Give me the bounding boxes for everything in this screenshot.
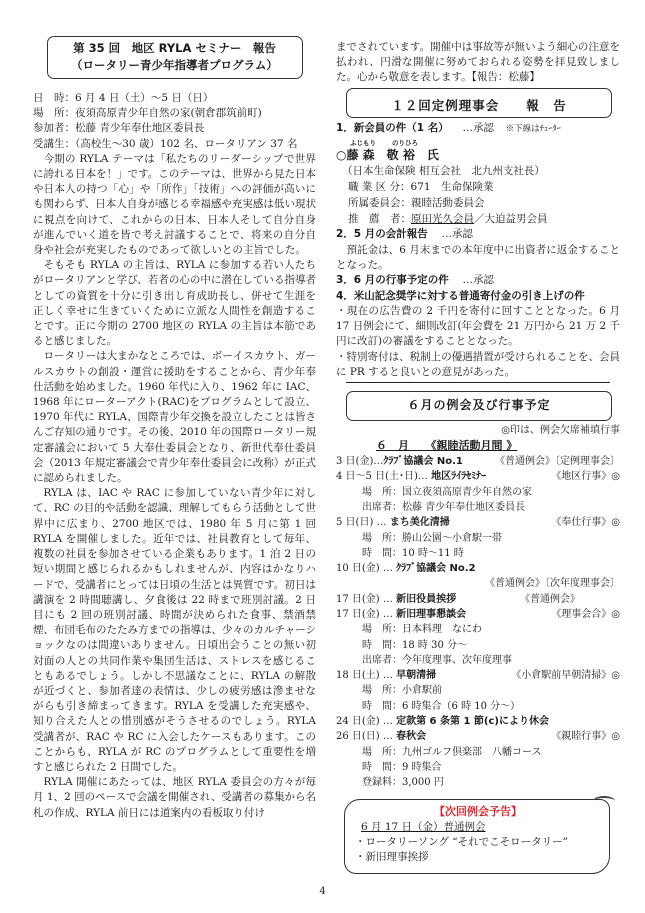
notice-date: 6 月 17 日（金）普通例会 — [355, 820, 601, 835]
schedule-row: 3 日(金)…ｸﾗﾌﾞ協議会 No.1《普通例会》〔定例理事会〕 — [336, 454, 620, 469]
info-attendee: 参加者：松藤 青少年奉仕地区委員長 — [33, 121, 316, 136]
ryla-subtitle: （ロータリー青少年指導者プログラム） — [48, 57, 302, 74]
member-committee: 所属委員会：親睦活動委員会 — [336, 195, 620, 211]
schedule-row: 4 日～5 日(土･日)… 地区ﾗｲﾗｾﾐﾅｰ《地区行事》◎ — [336, 469, 620, 484]
next-meeting-notice: 【次回例会予告】 6 月 17 日（金）普通例会 ・ロータリーソング “それでこ… — [344, 799, 610, 874]
item4-heading: 4．米山記念奨学に対する普通寄付金の引き上げの件 — [336, 289, 620, 305]
notice-title: 【次回例会予告】 — [355, 804, 601, 820]
schedule-list: 3 日(金)…ｸﾗﾌﾞ協議会 No.1《普通例会》〔定例理事会〕 4 日～5 日… — [336, 454, 620, 791]
schedule-detail: 場 所：国立夜須高原青少年自然の家 — [336, 485, 620, 500]
member-occupation: 職 業 区 分：671 生命保険業 — [336, 179, 620, 195]
item2-heading: 2．5 月の会計報告 …承認 — [336, 227, 620, 243]
schedule-detail: 出席者：今年度理事、次年度理事 — [336, 653, 620, 668]
newsletter-page: 第 35 回 地区 RYLA セミナー 報告 （ロータリー青少年指導者プログラム… — [0, 0, 645, 913]
schedule-detail: 時 間：6 時集合（6 時 10 分～） — [336, 699, 620, 714]
info-place: 場 所：夜須高原青少年自然の家(朝倉郡筑前町) — [33, 106, 316, 121]
schedule-title-box: ６月の例会及び行事予定 — [346, 391, 612, 421]
schedule-detail: 場 所：日本料理 なにわ — [336, 622, 620, 637]
schedule-note: ◎印は、例会欠席補填行事 — [336, 423, 620, 438]
schedule-row: 26 日(日) … 春秋会《親睦行事》◎ — [336, 729, 620, 744]
new-member-name: ふじもり のりひろ ○藤 森 敬 裕 氏 — [336, 147, 620, 163]
paragraph-theme: 今期の RYLA テーマは「私たちのリーダーシップで世界に誇れる日本を！」です。… — [33, 152, 316, 258]
schedule-detail: 場 所：九州ゴルフ倶楽部 八幡コース — [336, 745, 620, 760]
paragraph-continuation: までされています。開催中は事故等が無いよう細心の注意を払われ、円滑な開催に努めて… — [336, 40, 620, 86]
ryla-title-box: 第 35 回 地区 RYLA セミナー 報告 （ロータリー青少年指導者プログラム… — [47, 36, 303, 79]
notice-item: ・ロータリーソング “それでこそロータリー” — [355, 835, 601, 850]
paragraph-purpose: そもそも RYLA の主旨は、RYLA に参加する若い人たちがロータリアンと学び… — [33, 258, 316, 349]
item1-heading: 1．新会員の件（1 名） …承認 ※下線はﾁｭｰﾀｰ — [336, 121, 620, 138]
recommender-tutor: 原田光久会員 — [411, 213, 474, 225]
schedule-detail: 時 間：9 時集合 — [336, 760, 620, 775]
schedule-row: 24 日(金) … 定款第 6 条第 1 節(c)により休会 — [336, 714, 620, 729]
item2-body: 預託金は、6 月末までの本年度中に出資者に返金することとなった。 — [336, 243, 620, 273]
schedule-detail: 場 所：小倉駅前 — [336, 683, 620, 698]
item3-heading: 3．6 月の行事予定の件 …承認 — [336, 273, 620, 289]
schedule-row: 17 日(金) … 新旧理事懇談会《理事会合》◎ — [336, 607, 620, 622]
left-column: 第 35 回 地区 RYLA セミナー 報告 （ロータリー青少年指導者プログラム… — [33, 36, 316, 821]
info-date: 日 時：6 月 4 日（土）～5 日（日） — [33, 91, 316, 106]
paragraph-history: ロータリーは大まかなところでは、ボーイスカウト、ガールスカウトの創設・運営に援助… — [33, 349, 316, 486]
schedule-detail: 場 所：勝山公園～小倉駅一帯 — [336, 531, 620, 546]
board-meeting-title-box: １２回定例理事会 報 告 — [346, 88, 612, 118]
ryla-title: 第 35 回 地区 RYLA セミナー 報告 — [48, 40, 302, 57]
schedule-title: ６月の例会及び行事予定 — [407, 398, 550, 412]
schedule-row-continued: 《普通例会》〔次年度理事会〕 — [336, 576, 620, 591]
schedule-row: 5 日(日) … まち美化清掃《奉仕行事》◎ — [336, 515, 620, 530]
right-column: までされています。開催中は事故等が無いよう細心の注意を払われ、円滑な開催に努めて… — [336, 40, 620, 874]
paragraph-committee: RYLA 開催にあたっては、地区 RYLA 委員会の方々が毎月 1、2 回のペー… — [33, 775, 316, 821]
item4-bullet-1: ・現在の広告費の 2 千円を寄付に回すこととなった。6 月 17 日例会にて、細… — [336, 304, 620, 350]
info-participants: 受講生：（高校生～30 歳）102 名、ロータリアン 37 名 — [33, 137, 316, 152]
schedule-row: 17 日(金) … 新旧役員挨拶《普通例会》 — [336, 592, 620, 607]
member-recommender: 推 薦 者：原田光久会員／大迫益男会員 — [336, 211, 620, 227]
notice-item: ・新旧理事挨拶 — [355, 850, 601, 865]
schedule-detail: 時 間：18 時 30 分～ — [336, 638, 620, 653]
board-meeting-title: １２回定例理事会 報 告 — [391, 98, 567, 113]
schedule-detail: 出席者：松藤 青少年奉仕地区委員長 — [336, 500, 620, 515]
page-number: 4 — [0, 884, 645, 899]
month-label: ６ 月 《親睦活動月間 》 — [336, 438, 620, 454]
schedule-detail: 登録料：3,000 円 — [336, 775, 620, 790]
member-company: （日本生命保険 相互会社 北九州支社長） — [336, 163, 620, 179]
ruby-family: ふじもり — [350, 139, 376, 147]
ruby-given: のりひろ — [392, 139, 418, 147]
item4-bullet-2: ・特別寄付は、税制上の優遇措置が受けられることを、会員に PR すると良いとの意… — [336, 350, 620, 380]
schedule-row: 10 日(金) … ｸﾗﾌﾞ協議会 No.2 — [336, 561, 620, 576]
schedule-row: 18 日(土) … 早朝清掃《小倉駅前早朝清掃》◎ — [336, 668, 620, 683]
schedule-detail: 時 間：10 時～11 時 — [336, 546, 620, 561]
divider — [346, 382, 610, 383]
paragraph-ryla-details: RYLA は、IAC や RAC に参加していない青少年に対して、RC の目的や… — [33, 486, 316, 775]
